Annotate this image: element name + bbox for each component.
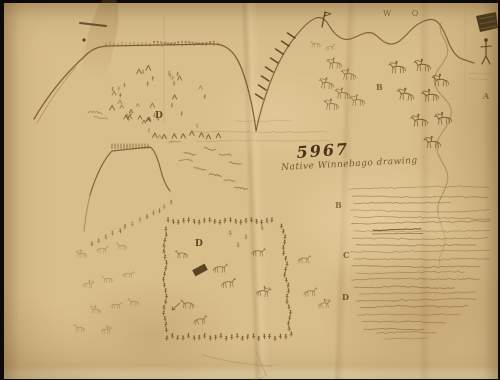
- manuscript-paper: W O 5967 Native Winnebago drawing D B D …: [4, 3, 498, 379]
- enclosure-interior-figures: [172, 225, 271, 324]
- plateau-village-figures: [88, 41, 248, 190]
- procession-figures: [90, 200, 172, 246]
- edge-letter-a: A: [483, 91, 489, 101]
- marker-horsemen-b: B: [376, 82, 383, 92]
- pictograph-drawing: [4, 3, 500, 380]
- figures-outside-enclosure: [298, 255, 331, 308]
- margin-letter-b: B: [335, 200, 342, 210]
- right-edge-flag-figure: [467, 12, 498, 79]
- top-inscription: W O: [383, 9, 427, 18]
- catalog-number: 5967: [296, 139, 350, 162]
- enclosure-perimeter-figures: [162, 217, 293, 341]
- photograph-frame: W O 5967 Native Winnebago drawing D B D …: [0, 0, 500, 380]
- mounted-riders-group: [389, 59, 452, 148]
- marker-enclosure-d: D: [195, 239, 203, 249]
- galloping-horses-group: [311, 41, 365, 109]
- margin-letter-c: C: [343, 250, 349, 260]
- marker-plateau-d: D: [155, 111, 163, 121]
- margin-letter-d: D: [342, 292, 349, 302]
- pencil-scratches: [202, 351, 272, 379]
- left-scattered-figures: [74, 242, 140, 333]
- terrain-lines: [34, 11, 474, 265]
